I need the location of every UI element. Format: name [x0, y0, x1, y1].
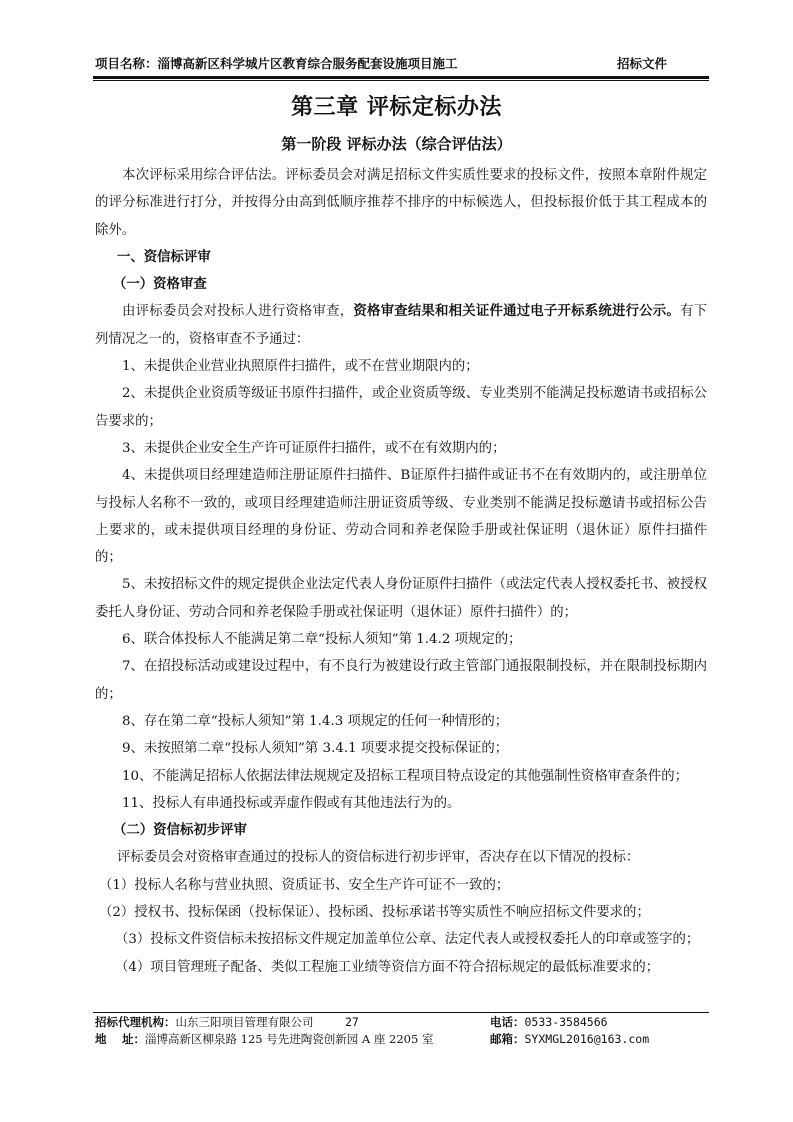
list-item: （3）投标文件资信标未按招标文件规定加盖单位公章、法定代表人或授权委托人的印章或…	[95, 926, 707, 953]
email-label: 邮箱：	[490, 1032, 525, 1046]
phone-info: 电话：0533-3584566	[490, 1014, 608, 1030]
agency-label: 招标代理机构：	[95, 1015, 176, 1029]
section-title: 第一阶段 评标办法（综合评估法）	[0, 134, 793, 154]
page-header: 项目名称：淄博高新区科学城片区教育综合服务配套设施项目施工 招标文件	[95, 56, 709, 72]
chapter-title: 第三章 评标定标办法	[0, 94, 793, 122]
intro-paragraph: 本次评标采用综合评估法。评标委员会对满足招标文件实质性要求的投标文件，按照本章附…	[95, 162, 707, 244]
address-info: 地 址：淄博高新区柳泉路 125 号先进陶瓷创新园 A 座 2205 室	[95, 1031, 433, 1047]
document-body: 本次评标采用综合评估法。评标委员会对满足招标文件实质性要求的投标文件，按照本章附…	[95, 162, 707, 981]
qualification-intro-text: 由评标委员会对投标人进行资格审查，	[122, 304, 353, 319]
project-label: 项目名称：	[95, 56, 158, 71]
list-item: 4、未提供项目经理建造师注册证原件扫描件、B证原件扫描件或证书不在有效期内的，或…	[95, 462, 707, 571]
list-item: 2、未提供企业资质等级证书原件扫描件，或企业资质等级、专业类别不能满足投标邀请书…	[95, 380, 707, 435]
address-text: 淄博高新区柳泉路 125 号先进陶瓷创新园 A 座 2205 室	[145, 1032, 433, 1046]
header-divider	[93, 76, 709, 81]
list-item: （4）项目管理班子配备、类似工程施工业绩等资信方面不符合招标规定的最低标准要求的…	[95, 954, 707, 981]
address-label: 地 址：	[95, 1032, 145, 1046]
page-number: 27	[345, 1014, 359, 1030]
list-item: 6、联合体投标人不能满足第二章“投标人须知”第 1.4.2 项规定的；	[95, 626, 707, 653]
list-item: 7、在招投标活动或建设过程中，有不良行为被建设行政主管部门通报限制投标，并在限制…	[95, 653, 707, 708]
qualification-intro: 由评标委员会对投标人进行资格审查，资格审查结果和相关证件通过电子开标系统进行公示…	[95, 298, 707, 353]
list-item: 3、未提供企业安全生产许可证原件扫描件，或不在有效期内的；	[95, 435, 707, 462]
list-item: （2）授权书、投标保函（投标保证）、投标函、投标承诺书等实质性不响应招标文件要求…	[95, 899, 707, 926]
project-name: 淄博高新区科学城片区教育综合服务配套设施项目施工	[158, 56, 458, 71]
qualification-intro-bold: 资格审查结果和相关证件通过电子开标系统进行公示。	[353, 304, 680, 319]
agency-name: 山东三阳项目管理有限公司	[176, 1015, 314, 1029]
subheading-preliminary-review: （二）资信标初步评审	[95, 817, 707, 844]
email-address: SYXMGL2016@163.com	[525, 1032, 650, 1046]
list-item: 1、未提供企业营业执照原件扫描件，或不在营业期限内的；	[95, 353, 707, 380]
subheading-qualification-review: （一）资格审查	[95, 271, 707, 298]
agency-info: 招标代理机构：山东三阳项目管理有限公司	[95, 1014, 314, 1030]
list-item: 10、不能满足招标人依据法律法规规定及招标工程项目特点设定的其他强制性资格审查条…	[95, 763, 707, 790]
list-item: 8、存在第二章“投标人须知”第 1.4.3 项规定的任何一种情形的；	[95, 708, 707, 735]
preliminary-review-intro: 评标委员会对资格审查通过的投标人的资信标进行初步评审，否决存在以下情况的投标：	[95, 844, 707, 871]
project-title: 项目名称：淄博高新区科学城片区教育综合服务配套设施项目施工	[95, 56, 458, 72]
footer-divider	[93, 1012, 709, 1013]
page-footer: 招标代理机构：山东三阳项目管理有限公司 27 电话：0533-3584566 地…	[95, 1014, 709, 1048]
phone-label: 电话：	[490, 1015, 525, 1029]
phone-number: 0533-3584566	[525, 1015, 608, 1029]
list-item: 11、投标人有串通投标或弄虚作假或有其他违法行为的。	[95, 790, 707, 817]
list-item: （1）投标人名称与营业执照、资质证书、安全生产许可证不一致的；	[95, 872, 707, 899]
email-info: 邮箱：SYXMGL2016@163.com	[490, 1031, 649, 1047]
list-item: 9、未按照第二章“投标人须知”第 3.4.1 项要求提交投标保证的；	[95, 735, 707, 762]
document-type: 招标文件	[617, 56, 667, 72]
list-item: 5、未按招标文件的规定提供企业法定代表人身份证原件扫描件（或法定代表人授权委托书…	[95, 571, 707, 626]
part-heading-credit-review: 一、资信标评审	[95, 244, 707, 271]
